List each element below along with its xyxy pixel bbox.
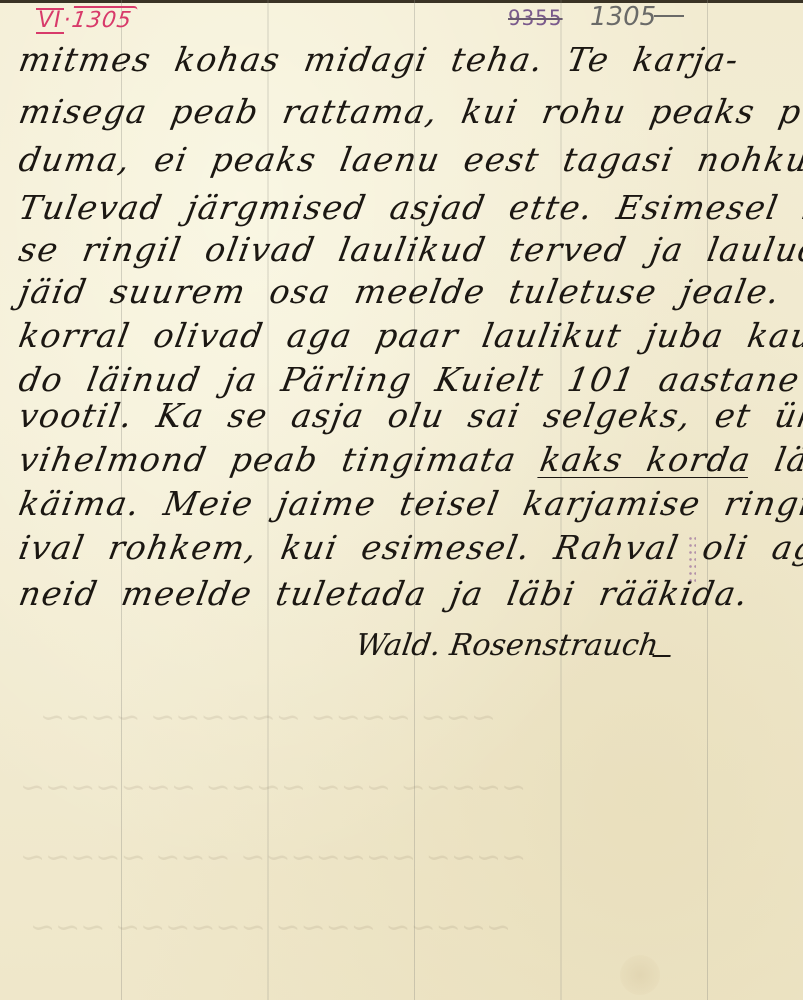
text-line: ival rohkem, kui esimesel. Rahval oli ag… bbox=[16, 528, 803, 567]
archive-mark-roman: VI bbox=[36, 8, 64, 34]
bleed-through-text: ~~~~~ ~~~~ ~~~~~~ ~~~ bbox=[30, 910, 511, 945]
paper-stain bbox=[620, 955, 660, 995]
struck-stamp-number: 9355 bbox=[508, 6, 563, 30]
text-line: se ringil olivad laulikud terved ja laul… bbox=[16, 230, 803, 269]
bleed-through-text: ~~~~~ ~~~ ~~~~ ~~~~~~~ bbox=[20, 770, 526, 805]
text-line: käima. Meie jaime teisel karjamise ringi… bbox=[16, 484, 803, 523]
text-line: misega peab rattama, kui rohu peaks pun- bbox=[16, 92, 803, 131]
ink-stamp-dots bbox=[688, 535, 696, 585]
text-line: vootil. Ka se asja olu sai selgeks, et ü… bbox=[16, 396, 803, 435]
signature: Wald. Rosenstrauch bbox=[354, 628, 661, 663]
text-line: vihelmond peab tingimata kaks korda läbi bbox=[16, 440, 803, 479]
archive-mark-number: 1305 bbox=[70, 6, 138, 33]
letter-page: ~~~ ~~~~ ~~~~~~ ~~~~ ~~~~~ ~~~ ~~~~ ~~~~… bbox=[0, 0, 803, 1000]
bleed-through-text: ~~~ ~~~~ ~~~~~~ ~~~~ bbox=[40, 700, 496, 735]
text-line: neid meelde tuletada ja läbi rääkida. bbox=[16, 574, 752, 613]
archive-mark: VI·1305 bbox=[36, 6, 136, 34]
text-line: korral olivad aga paar laulikut juba kau… bbox=[16, 316, 803, 355]
text-line: Tulevad järgmised asjad ette. Esimesel k… bbox=[16, 188, 803, 227]
pencil-page-number: 1305 bbox=[590, 2, 656, 32]
text-line: duma, ei peaks laenu eest tagasi nohkuma bbox=[16, 140, 803, 179]
text-line: do läinud ja Pärling Kuielt 101 aastane … bbox=[16, 360, 803, 399]
bleed-through-text: ~~~~ ~~~~~~~ ~~~ ~~~~~ bbox=[20, 840, 526, 875]
scan-top-edge bbox=[0, 0, 803, 3]
text-line: mitmes kohas midagi teha. Te karja- bbox=[16, 40, 742, 79]
text-line: jäid suurem osa meelde tuletuse jeale. T… bbox=[16, 272, 803, 311]
underlined-phrase: kaks korda bbox=[537, 440, 754, 479]
